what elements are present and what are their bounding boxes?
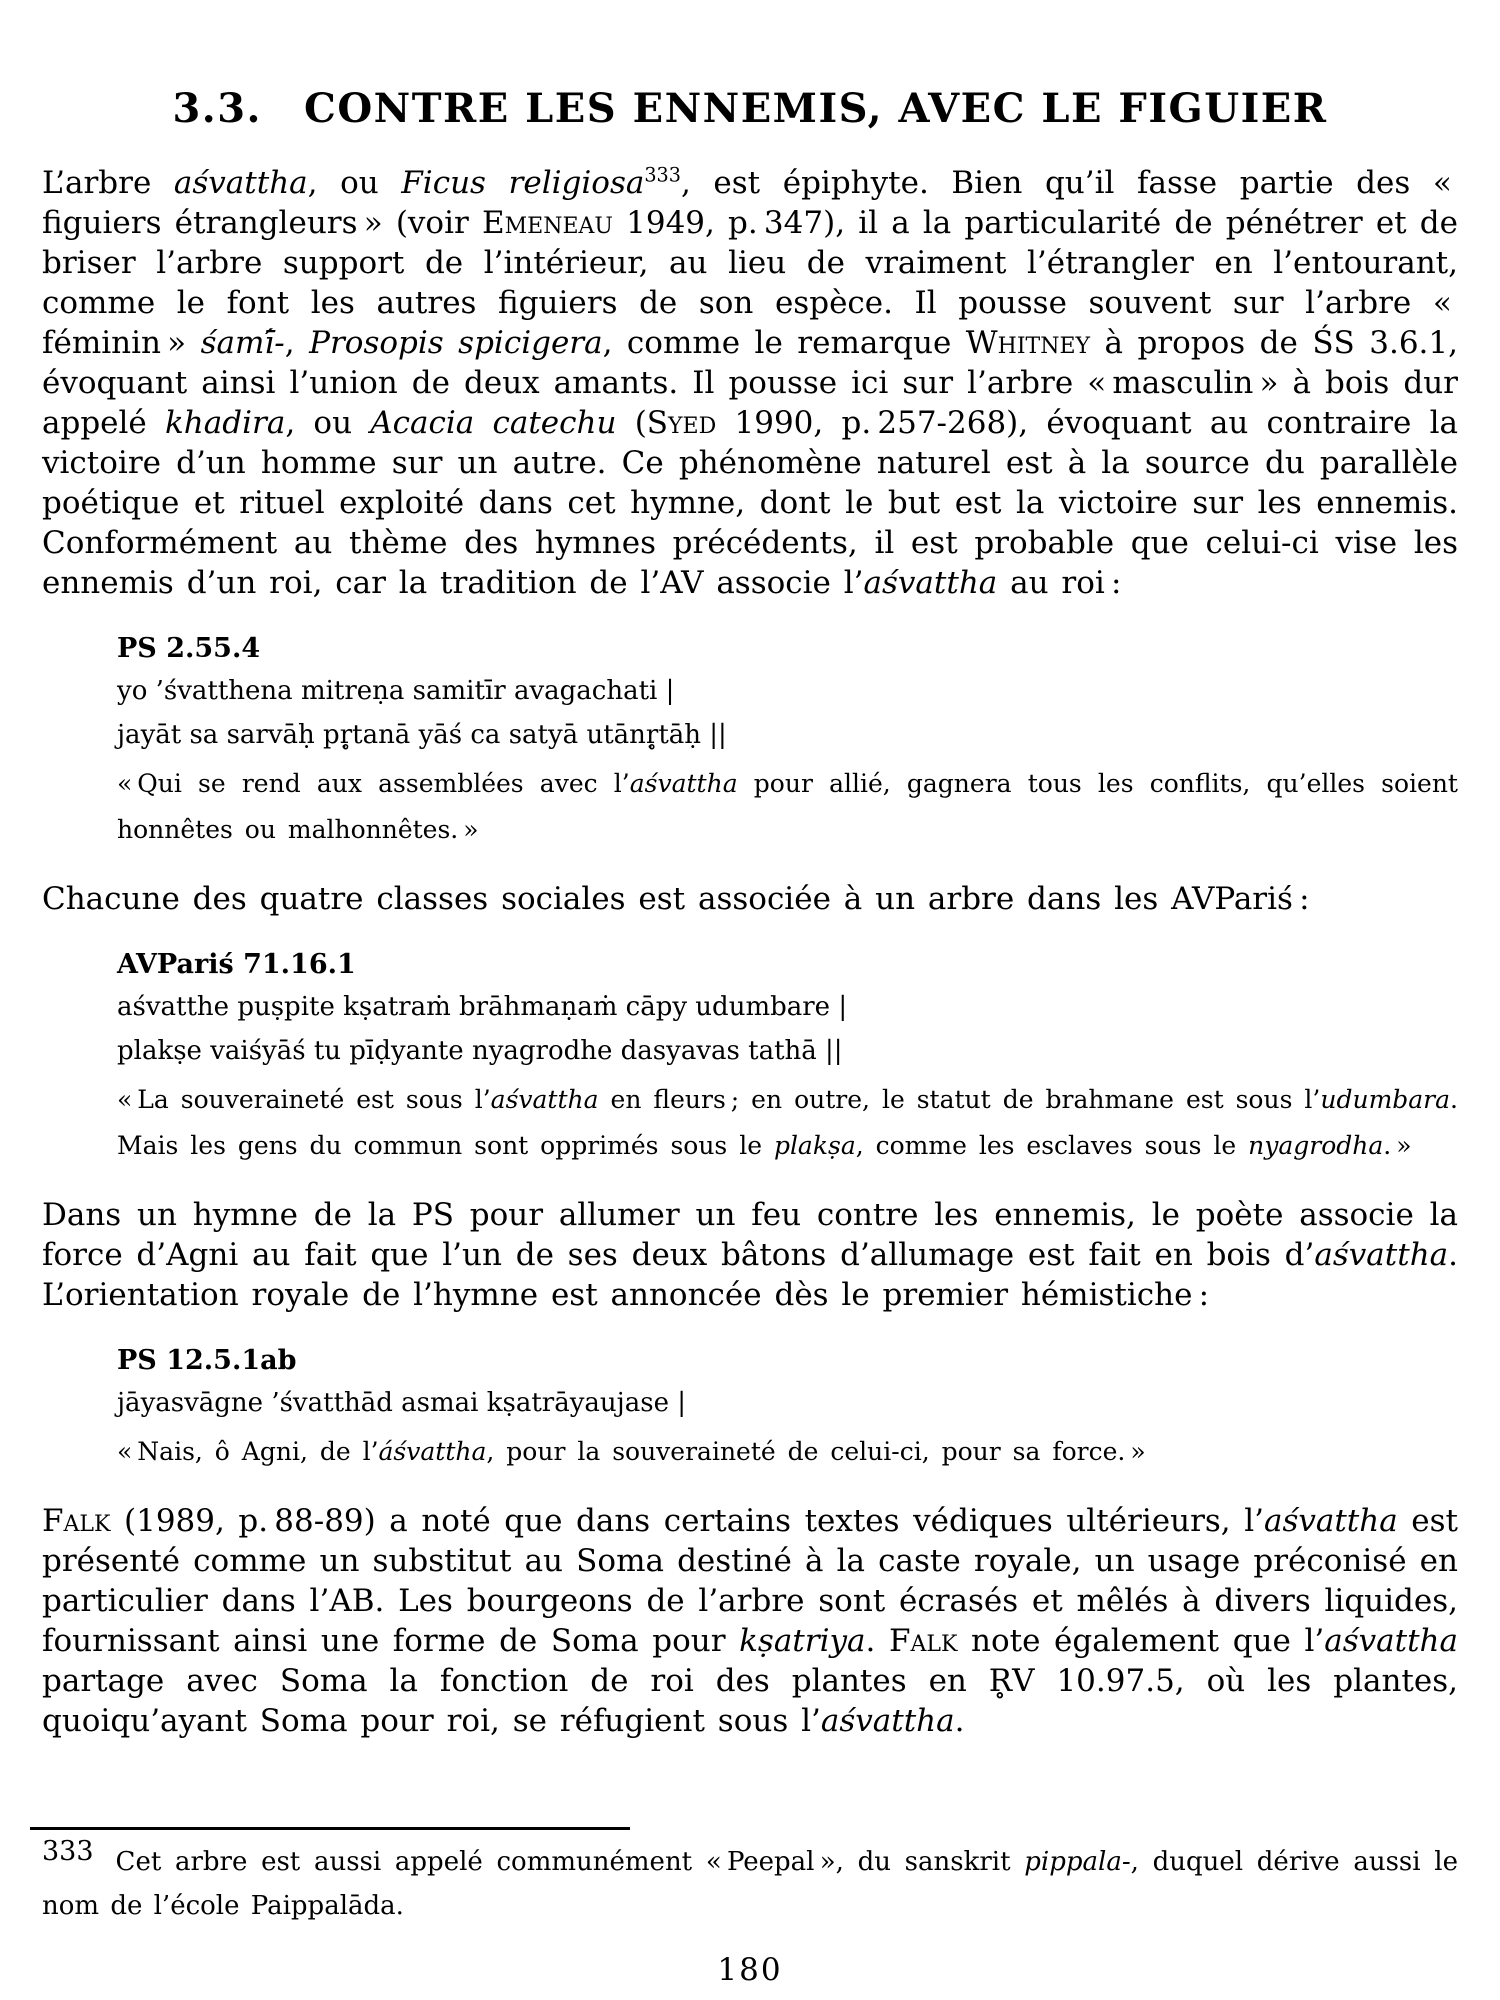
footnote-area: 333Cet arbre est aussi appelé communémen… bbox=[30, 1827, 1458, 1928]
page-number: 180 bbox=[0, 1952, 1500, 1988]
document-page: 3.3.CONTRE LES ENNEMIS, AVEC LE FIGUIER … bbox=[0, 0, 1500, 2000]
section-heading: 3.3.CONTRE LES ENNEMIS, AVEC LE FIGUIER bbox=[42, 85, 1458, 133]
section-title: CONTRE LES ENNEMIS, AVEC LE FIGUIER bbox=[304, 85, 1328, 132]
verse-line: jāyasvāgne ’śvatthād asmai kṣatrāyaujase… bbox=[117, 1381, 1458, 1425]
verse-line: yo ’śvatthena mitreṇa samitīr avagachati… bbox=[117, 669, 1458, 713]
quote-block-ps-12-5-1ab: PS 12.5.1ab jāyasvāgne ’śvatthād asmai k… bbox=[117, 1341, 1458, 1475]
quote-label: PS 2.55.4 bbox=[117, 629, 1458, 669]
paragraph-hymne-ps: Dans un hymne de la PS pour allumer un f… bbox=[42, 1195, 1458, 1315]
footnote-body: Cet arbre est aussi appelé communément «… bbox=[42, 1847, 1458, 1921]
quote-block-ps-2-55-4: PS 2.55.4 yo ’śvatthena mitreṇa samitīr … bbox=[117, 629, 1458, 853]
quote-translation: « Nais, ô Agni, de l’áśvattha, pour la s… bbox=[117, 1429, 1458, 1475]
footnote-rule bbox=[30, 1827, 630, 1830]
footnote: 333Cet arbre est aussi appelé communémen… bbox=[42, 1840, 1458, 1928]
paragraph-intro: L’arbre aśvattha, ou Ficus religiosa333,… bbox=[42, 163, 1458, 603]
quote-block-avparis-71-16-1: AVPariś 71.16.1 aśvatthe puṣpite kṣatraṁ… bbox=[117, 945, 1458, 1169]
quote-translation: « Qui se rend aux assemblées avec l’aśva… bbox=[117, 761, 1458, 853]
paragraph-falk: Falk (1989, p. 88-89) a noté que dans ce… bbox=[42, 1501, 1458, 1741]
quote-label: PS 12.5.1ab bbox=[117, 1341, 1458, 1381]
verse-line: jayāt sa sarvāḥ pṛ̥tanā yāś ca satyā utā… bbox=[117, 713, 1458, 757]
quote-label: AVPariś 71.16.1 bbox=[117, 945, 1458, 985]
verse-line: aśvatthe puṣpite kṣatraṁ brāhmaṇaṁ cāpy … bbox=[117, 985, 1458, 1029]
verse-line: plakṣe vaiśyāś tu pīḍyante nyagrodhe das… bbox=[117, 1029, 1458, 1073]
footnote-marker: 333 bbox=[42, 1836, 94, 1867]
quote-translation: « La souveraineté est sous l’aśvattha en… bbox=[117, 1077, 1458, 1169]
section-number: 3.3. bbox=[172, 85, 262, 132]
paragraph-classes: Chacune des quatre classes sociales est … bbox=[42, 879, 1458, 919]
